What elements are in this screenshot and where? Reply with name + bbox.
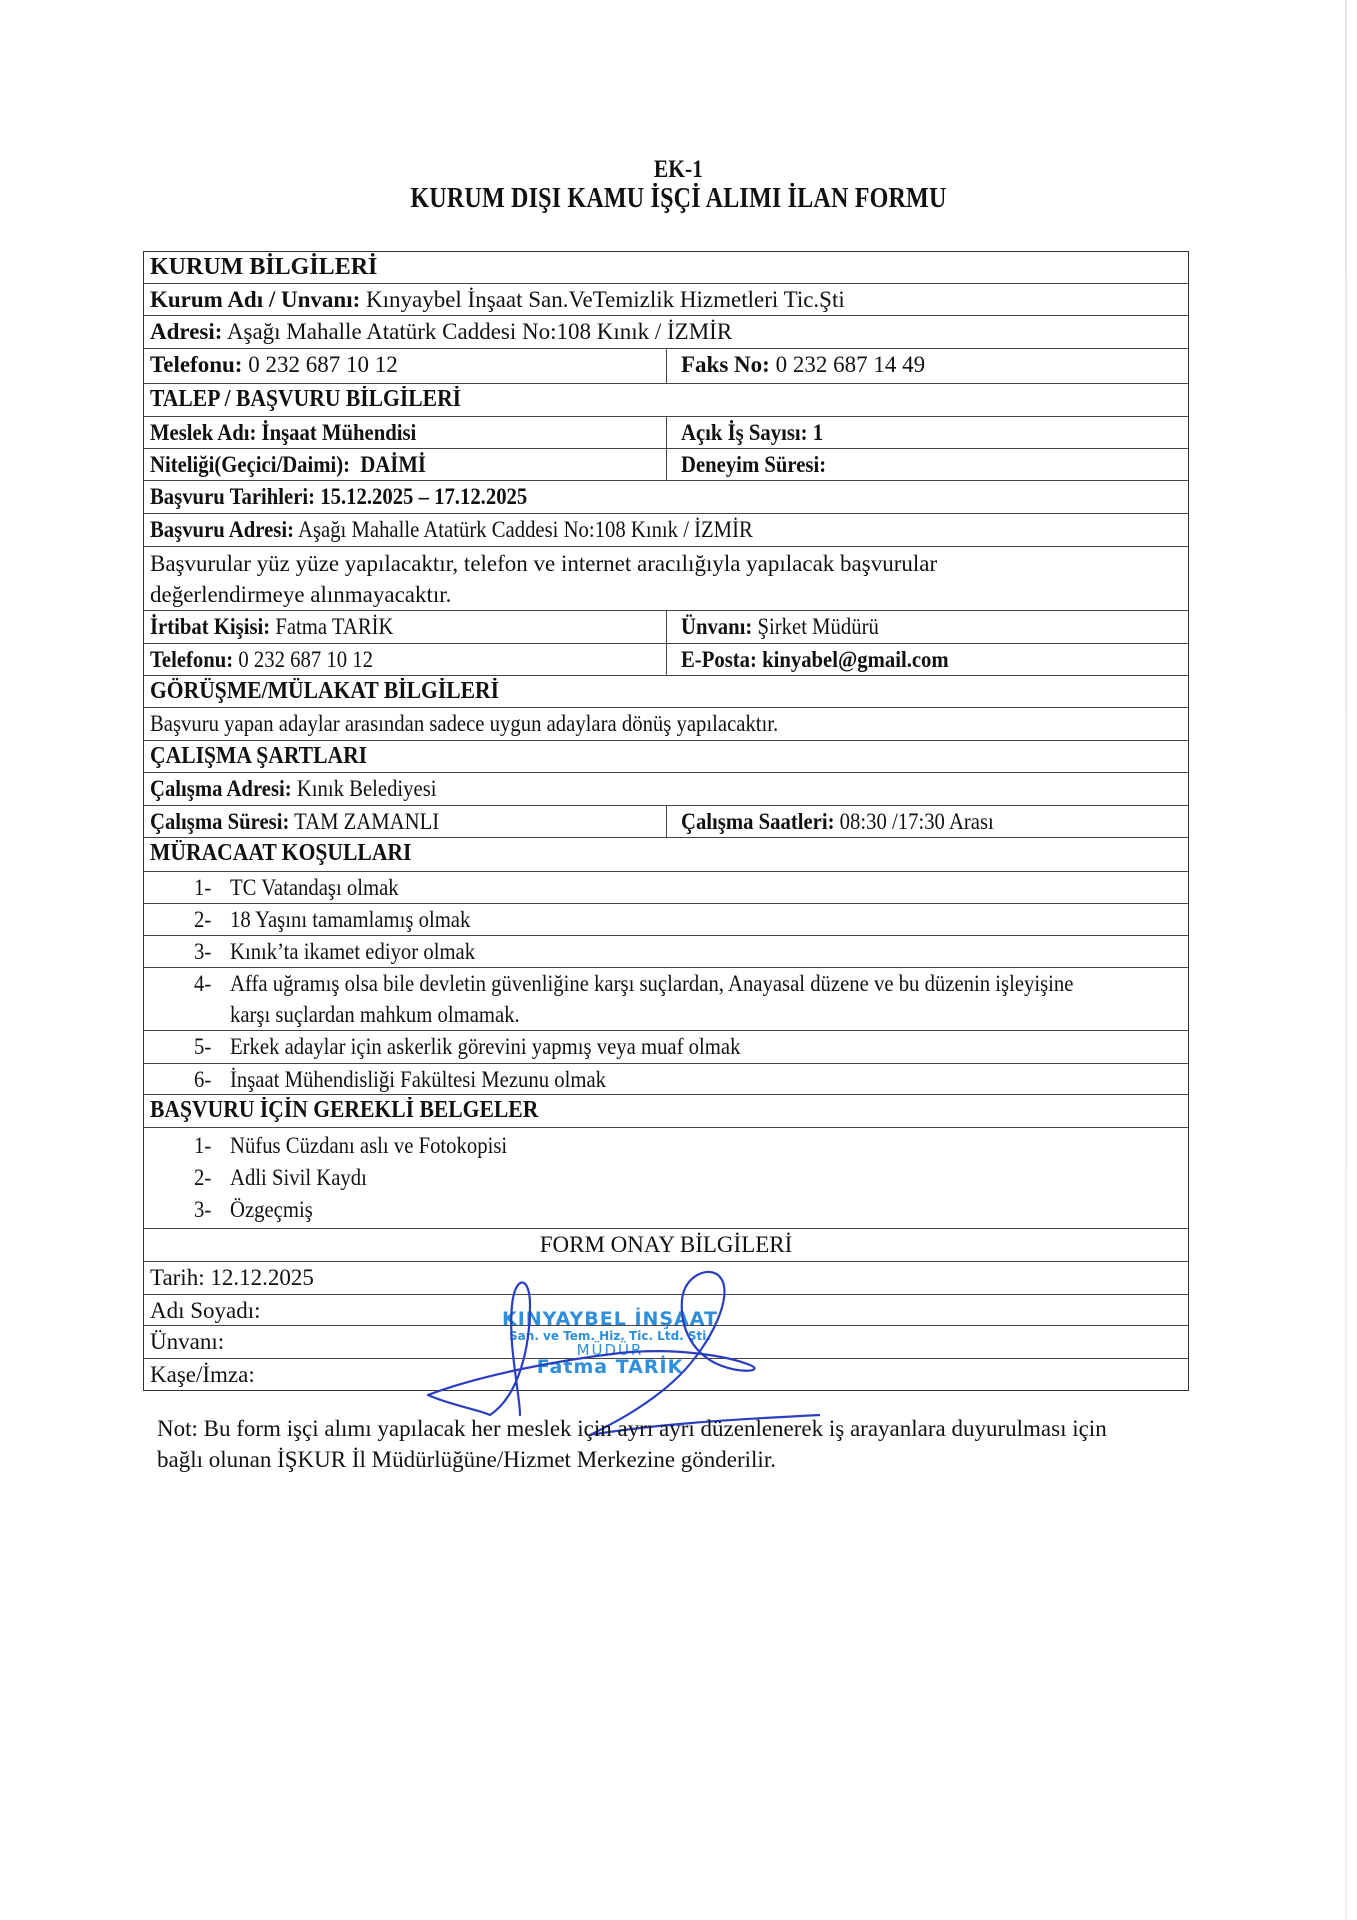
institution-phone: 0 232 687 10 12 (248, 352, 398, 377)
contact-title: Şirket Müdürü (758, 614, 879, 639)
occupation-row: Meslek Adı: İnşaat Mühendisi Açık İş Say… (144, 417, 1188, 449)
approval-date: 12.12.2025 (210, 1265, 314, 1290)
work-hours: 08:30 /17:30 Arası (840, 809, 994, 834)
document-item: 2-Adli Sivil Kaydı (194, 1162, 1188, 1194)
dates-row: Başvuru Tarihleri: 15.12.2025 – 17.12.20… (144, 481, 1188, 514)
work-time-row: Çalışma Süresi: TAM ZAMANLI Çalışma Saat… (144, 806, 1188, 838)
section-approval: FORM ONAY BİLGİLERİ (144, 1229, 1188, 1262)
section-title: GÖRÜŞME/MÜLAKAT BİLGİLERİ (150, 676, 499, 707)
field-label: Açık İş Sayısı: (681, 420, 808, 445)
section-title: MÜRACAAT KOŞULLARI (150, 838, 411, 869)
work-address: Kınık Belediyesi (297, 776, 437, 801)
field-label: Adresi: (150, 319, 222, 344)
section-institution: KURUM BİLGİLERİ (144, 252, 1188, 284)
field-label: Çalışma Saatleri: (681, 809, 835, 834)
work-address-row: Çalışma Adresi: Kınık Belediyesi (144, 773, 1188, 806)
requirement-item: 3-Kınık’ta ikamet ediyor olmak (144, 936, 1188, 968)
field-label: Çalışma Adresi: (150, 776, 292, 801)
field-label: Telefonu: (150, 352, 242, 377)
document-item: 3-Özgeçmiş (194, 1194, 1188, 1226)
application-address-row: Başvuru Adresi: Aşağı Mahalle Atatürk Ca… (144, 514, 1188, 547)
section-title: BAŞVURU İÇİN GEREKLİ BELGELER (150, 1095, 538, 1126)
scan-edge (1345, 0, 1347, 1920)
field-label: E-Posta: (681, 647, 757, 672)
field-label: Başvuru Tarihleri: (150, 484, 315, 509)
nature-value: DAİMİ (360, 452, 426, 477)
contact-phone: 0 232 687 10 12 (238, 647, 373, 672)
field-label: Deneyim Süresi: (681, 452, 826, 477)
application-notice-row: Başvurular yüz yüze yapılacaktır, telefo… (144, 547, 1188, 611)
application-dates: 15.12.2025 – 17.12.2025 (320, 484, 527, 509)
requirement-item: 6-İnşaat Mühendisliği Fakültesi Mezunu o… (144, 1064, 1188, 1095)
page-title: KURUM DIŞI KAMU İŞÇİ ALIMI İLAN FORMU (95, 183, 1262, 215)
institution-address: Aşağı Mahalle Atatürk Caddesi No:108 Kın… (227, 319, 732, 344)
contact-phone-row: Telefonu: 0 232 687 10 12 E-Posta: kinya… (144, 644, 1188, 676)
section-documents: BAŞVURU İÇİN GEREKLİ BELGELER (144, 1095, 1188, 1128)
section-title: FORM ONAY BİLGİLERİ (144, 1229, 1188, 1261)
section-interview: GÖRÜŞME/MÜLAKAT BİLGİLERİ (144, 676, 1188, 708)
field-label: Telefonu: (150, 647, 233, 672)
requirement-item: 5-Erkek adaylar için askerlik görevini y… (144, 1031, 1188, 1064)
section-title: TALEP / BAŞVURU BİLGİLERİ (150, 384, 461, 415)
interview-text: Başvuru yapan adaylar arasından sadece u… (150, 708, 778, 739)
annex-label: EK-1 (95, 156, 1262, 184)
contact-email[interactable]: kinyabel@gmail.com (762, 647, 949, 672)
field-label: İrtibat Kişisi: (150, 614, 270, 639)
requirement-item: 4-Affa uğramış olsa bile devletin güvenl… (144, 968, 1188, 1031)
occupation-value: İnşaat Mühendisi (262, 420, 417, 445)
field-label: Kurum Adı / Unvanı: (150, 287, 360, 312)
institution-address-row: Adresi: Aşağı Mahalle Atatürk Caddesi No… (144, 316, 1188, 349)
requirement-item: 2-18 Yaşını tamamlamış olmak (144, 904, 1188, 936)
section-title: KURUM BİLGİLERİ (144, 252, 1188, 283)
requirement-item: 1-TC Vatandaşı olmak (144, 872, 1188, 904)
field-label: Başvuru Adresi: (150, 517, 294, 542)
section-application: TALEP / BAŞVURU BİLGİLERİ (144, 384, 1188, 417)
footer-note: Not: Bu form işçi alımı yapılacak her me… (157, 1413, 1157, 1475)
field-label: Tarih: (150, 1265, 205, 1290)
interview-text-row: Başvuru yapan adaylar arasından sadece u… (144, 708, 1188, 741)
field-label: Niteliği(Geçici/Daimi): (150, 452, 350, 477)
institution-fax: 0 232 687 14 49 (776, 352, 926, 377)
job-posting-form: KURUM BİLGİLERİ Kurum Adı / Unvanı: Kıny… (143, 251, 1189, 1391)
section-work-conditions: ÇALIŞMA ŞARTLARI (144, 741, 1188, 773)
nature-row: Niteliği(Geçici/Daimi): DAİMİ Deneyim Sü… (144, 449, 1188, 481)
institution-name-row: Kurum Adı / Unvanı: Kınyaybel İnşaat San… (144, 284, 1188, 316)
field-label: Faks No: (681, 352, 770, 377)
institution-name: Kınyaybel İnşaat San.VeTemizlik Hizmetle… (366, 287, 845, 312)
field-label: Çalışma Süresi: (150, 809, 289, 834)
signature-icon (420, 1265, 820, 1435)
application-notice: Başvurular yüz yüze yapılacaktır, telefo… (150, 551, 937, 607)
application-address: Aşağı Mahalle Atatürk Caddesi No:108 Kın… (298, 517, 753, 542)
field-label: Ünvanı: (681, 614, 752, 639)
section-requirements: MÜRACAAT KOŞULLARI (144, 838, 1188, 872)
contact-row: İrtibat Kişisi: Fatma TARİK Ünvanı: Şirk… (144, 611, 1188, 644)
openings-value: 1 (813, 420, 823, 445)
institution-contact-row: Telefonu: 0 232 687 10 12 Faks No: 0 232… (144, 349, 1188, 384)
section-title: ÇALIŞMA ŞARTLARI (150, 741, 367, 772)
document-item: 1-Nüfus Cüzdanı aslı ve Fotokopisi (194, 1130, 1188, 1162)
documents-list: 1-Nüfus Cüzdanı aslı ve Fotokopisi 2-Adl… (144, 1128, 1188, 1229)
work-duration: TAM ZAMANLI (294, 809, 439, 834)
field-label: Meslek Adı: (150, 420, 256, 445)
contact-person: Fatma TARİK (275, 614, 393, 639)
